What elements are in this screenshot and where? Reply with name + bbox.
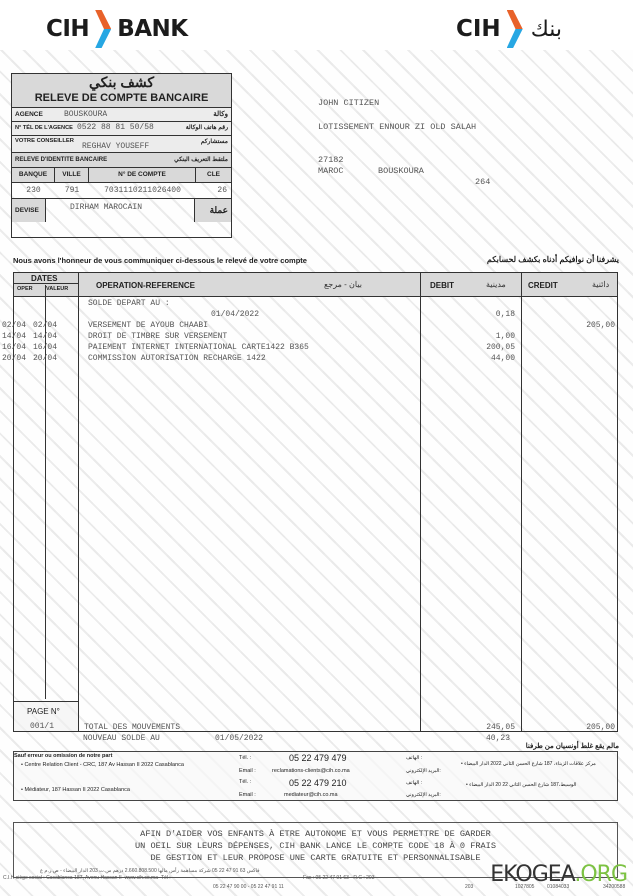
conseiller-row: VOTRE CONSEILLER REGHAV YOUSEFF مستشاركم (12, 136, 231, 153)
account-info-box: كشف بنكي RELEVE DE COMPTE BANCAIRE AGENC… (11, 73, 232, 238)
crc-address-ar: • مركز علاقات الزبناء، 187 شارع الحسن ال… (461, 761, 596, 767)
devise-label-cell: DEVISE (12, 199, 46, 222)
tx-label: DROIT DE TIMBRE SUR VERSEMENT (88, 332, 227, 341)
opening-label: SOLDE DEPART AU : (88, 299, 170, 308)
devise-row: DEVISE DIRHAM MAROCAIN عملة (12, 199, 231, 222)
totals-row: TOTAL DES MOUVEMENTS 245,05 205,00 (14, 723, 617, 734)
footer-fax: - Fax : 05 22 47 91 63 - R.C : 203 (300, 875, 375, 881)
credit-header-ar: دائنية (592, 280, 609, 289)
total-credit: 205,00 (586, 723, 615, 732)
table-row: 20/0420/04COMMISSION AUTORISATION RECHAR… (14, 354, 617, 365)
total-label: TOTAL DES MOUVEMENTS (84, 723, 180, 732)
new-balance-label: NOUVEAU SOLDE AU (83, 734, 160, 743)
tel-label-ar: رقم هاتف الوكالة (186, 124, 228, 131)
table-row: 16/0416/04PAIEMENT INTERNET INTERNATIONA… (14, 343, 617, 354)
rib-banque: 230 (12, 183, 55, 198)
crc-tel[interactable]: 05 22 479 479 (289, 753, 347, 763)
tx-value-date: 16/04 (33, 343, 57, 352)
page-label: PAGE N° (27, 707, 60, 716)
devise-label-ar: عملة (210, 205, 228, 216)
tx-value-date: 20/04 (33, 354, 57, 363)
tx-oper-date: 16/04 (2, 343, 26, 352)
conseiller-label: VOTRE CONSEILLER (15, 138, 74, 144)
conseiller-label-ar: مستشاركم (201, 138, 228, 145)
agence-label: AGENCE (15, 111, 43, 118)
operation-header-ar: بيان - مرجع (324, 280, 362, 289)
crc-tel-label: Tél. : (239, 755, 251, 761)
crc-email-label: Email : (239, 768, 256, 774)
crc-tel-label-ar: الهاتف : (406, 755, 422, 761)
new-balance-value: 40,23 (486, 734, 510, 743)
devise-value-cell: DIRHAM MAROCAIN (46, 199, 195, 222)
opening-date: 01/04/2022 (211, 310, 259, 319)
watermark: EKOGEA.ORG (490, 862, 627, 887)
med-tel-label-ar: الهاتف : (406, 780, 422, 786)
logo-arabic-text: بنك (531, 17, 562, 42)
table-row: 02/0402/04VERSEMENT DE AYOUB CHAABI205,0… (14, 321, 617, 332)
footer-fr-line: C.I.H siège social : Casablanca-187, Ave… (3, 875, 171, 881)
chevron-logo-icon (505, 10, 525, 48)
intro-text-ar: يشرفنا أن نوافيكم أدناه بكشف لحسابكم (487, 255, 619, 264)
opening-balance-date-row: 01/04/2022 0,18 (14, 310, 617, 321)
med-email-label: Email : (239, 792, 256, 798)
tx-debit: 1,00 (496, 332, 515, 341)
mediator-email[interactable]: mediateur@cih.co.ma (284, 792, 338, 798)
tx-value-date: 14/04 (33, 332, 57, 341)
valeur-header: VALEUR (46, 286, 68, 292)
med-tel-label: Tél. : (239, 779, 251, 785)
rib-values: 230 791 7031110211026400 26 (12, 183, 231, 199)
devise-value: DIRHAM MAROCAIN (70, 203, 142, 212)
agence-label-ar: وكالة (213, 110, 228, 118)
tx-label: COMMISSION AUTORISATION RECHARGE 1422 (88, 354, 266, 363)
devise-label: DEVISE (15, 207, 39, 214)
operation-header: OPERATION-REFERENCE (96, 281, 195, 290)
transactions-table: DATES OPER VALEUR OPERATION-REFERENCE بي… (13, 272, 618, 732)
contact-title: Sauf erreur ou omission de notre part (14, 753, 112, 759)
opening-balance-row: SOLDE DEPART AU : (14, 299, 617, 310)
opening-debit: 0,18 (496, 310, 515, 319)
footer-phones: 05 22 47 90 00 - 05 22 47 91 11 (213, 884, 284, 890)
promo-line2: UN OEIL SUR LEURS DÉPENSES, CIH BANK LAN… (14, 840, 617, 852)
footer-num1: 203 (465, 884, 473, 890)
promo-text: AFIN D'AIDER VOS ENFANTS À ETRE AUTONOME… (14, 828, 617, 864)
rib-ville: 791 (55, 183, 89, 198)
devise-label-ar-cell: عملة (195, 199, 231, 222)
rib-header-ville: VILLE (55, 168, 89, 182)
dates-header: DATES (31, 274, 58, 283)
tx-debit: 200,05 (486, 343, 515, 352)
customer-address: JOHN CITIZEN LOTISSEMENT ENNOUR ZI OLD S… (318, 98, 476, 166)
rib-cle: 26 (196, 183, 231, 198)
watermark-domain: .ORG (574, 862, 627, 887)
country: MAROC (318, 166, 344, 177)
debit-header-ar: مدينية (486, 280, 506, 289)
mediator-tel[interactable]: 05 22 479 210 (289, 778, 347, 788)
city: BOUSKOURA (378, 166, 424, 177)
promo-line1: AFIN D'AIDER VOS ENFANTS À ETRE AUTONOME… (14, 828, 617, 840)
agence-value: BOUSKOURA (64, 110, 107, 119)
chevron-logo-icon (93, 10, 113, 48)
rib-headers: BANQUE VILLE N° DE COMPTE CLE (12, 168, 231, 183)
tx-debit: 44,00 (491, 354, 515, 363)
rib-label-row: RELEVE D'IDENTITE BANCAIRE ملتقط التعريف… (12, 153, 231, 168)
tel-row: N° TÉL DE L'AGENCE 0522 88 81 50/58 رقم … (12, 122, 231, 136)
address-code: 264 (475, 177, 490, 188)
tx-value-date: 02/04 (33, 321, 57, 330)
conseiller-value: REGHAV YOUSEFF (82, 142, 149, 151)
tx-label: VERSEMENT DE AYOUB CHAABI (88, 321, 208, 330)
address-country-row: MAROC 264 (318, 155, 476, 166)
tx-oper-date: 14/04 (2, 332, 26, 341)
med-email-label-ar: البريد الإلكتروني: (406, 792, 441, 798)
customer-name: JOHN CITIZEN (318, 98, 476, 109)
logo-bank-text: BANK (117, 16, 187, 42)
total-debit: 245,05 (486, 723, 515, 732)
contact-box: Sauf erreur ou omission de notre part • … (13, 751, 618, 801)
cih-bank-arabic-logo: CIH بنك (456, 10, 562, 48)
mediator-address: • Médiateur, 187 Hassan II 2022 Casablan… (21, 787, 130, 793)
title-fr: RELEVE DE COMPTE BANCAIRE (12, 91, 231, 105)
table-row: 14/0414/04DROIT DE TIMBRE SUR VERSEMENT1… (14, 332, 617, 343)
statement-title: كشف بنكي RELEVE DE COMPTE BANCAIRE (12, 74, 231, 108)
crc-email[interactable]: reclamations-clients@cih.co.ma (272, 768, 350, 774)
crc-email-label-ar: البريد الإلكتروني: (406, 768, 441, 774)
mediator-address-ar: • الوسيط،187 شارع الحسن الثاني 22 20 الد… (466, 782, 576, 788)
intro-text-fr: Nous avons l'honneur de vous communiquer… (13, 256, 307, 265)
new-balance-date: 01/05/2022 (215, 734, 263, 743)
rib-label-ar: ملتقط التعريف البنكي (174, 156, 228, 163)
rib-account-number: 7031110211026400 (89, 183, 196, 198)
tel-value: 0522 88 81 50/58 (77, 123, 154, 132)
rib-header-cle: CLE (196, 168, 231, 182)
footer-ar-line: فاكس 63 91 47 22 05 شركة مساهمة رأس ماله… (40, 868, 259, 874)
error-note-ar: مالم يقع غلط أونسيان من طرفنا (526, 742, 619, 750)
table-header: DATES OPER VALEUR OPERATION-REFERENCE بي… (14, 273, 617, 297)
credit-header: CREDIT (528, 281, 558, 290)
logo-cih-text: CIH (456, 16, 501, 42)
debit-header: DEBIT (430, 281, 454, 290)
agence-row: AGENCE BOUSKOURA وكالة (12, 108, 231, 122)
crc-address: • Centre Relation Client - CRC, 187 Av H… (21, 762, 184, 768)
tel-label: N° TÉL DE L'AGENCE (15, 125, 73, 131)
address-postal-row: 27182 BOUSKOURA (318, 144, 476, 155)
address-line1: LOTISSEMENT ENNOUR ZI OLD SALAH (318, 122, 476, 133)
tx-credit: 205,00 (586, 321, 615, 330)
title-ar: كشف بنكي (12, 74, 231, 91)
rib-header-banque: BANQUE (12, 168, 55, 182)
rib-header-compte: N° DE COMPTE (89, 168, 196, 182)
tx-oper-date: 20/04 (2, 354, 26, 363)
watermark-text: EKOGEA (490, 862, 574, 887)
tx-oper-date: 02/04 (2, 321, 26, 330)
oper-header: OPER (17, 286, 33, 292)
logo-cih-text: CIH (46, 16, 89, 42)
cih-bank-logo: CIH BANK (46, 10, 188, 48)
rib-label: RELEVE D'IDENTITE BANCAIRE (15, 157, 107, 163)
tx-label: PAIEMENT INTERNET INTERNATIONAL CARTE142… (88, 343, 309, 352)
